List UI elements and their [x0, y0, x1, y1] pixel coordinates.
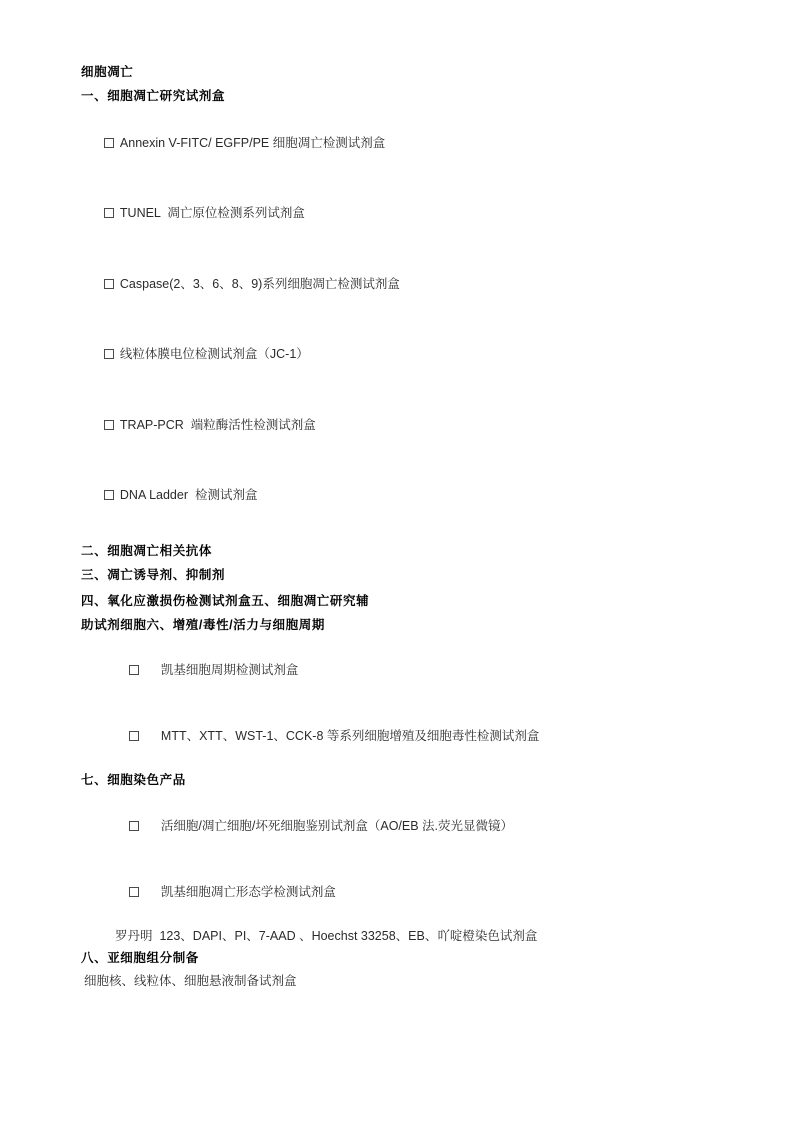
- checkbox-icon: [129, 887, 139, 897]
- checkbox-icon: [104, 138, 114, 148]
- section3-heading: 三、凋亡诱导剂、抑制剂: [81, 564, 751, 588]
- checkbox-icon: [104, 349, 114, 359]
- checklist-item-label: 凯基细胞周期检测试剂盒: [161, 663, 299, 677]
- checklist-item-label: Caspase(2、3、6、8、9)系列细胞凋亡检测试剂盒: [120, 277, 400, 291]
- checklist-item: 凯基细胞周期检测试剂盒: [115, 637, 751, 703]
- section2-heading: 二、细胞凋亡相关抗体: [81, 540, 751, 564]
- checkbox-icon: [129, 665, 139, 675]
- checkbox-icon: [129, 821, 139, 831]
- checkbox-icon: [104, 420, 114, 430]
- checklist-item: MTT、XTT、WST-1、CCK-8 等系列细胞增殖及细胞毒性检测试剂盒: [115, 703, 751, 769]
- checklist-item-label: 凯基细胞凋亡形态学检测试剂盒: [161, 885, 336, 899]
- checklist-item: Caspase(2、3、6、8、9)系列细胞凋亡检测试剂盒: [90, 249, 751, 320]
- checklist-item-label: TRAP-PCR 端粒酶活性检测试剂盒: [120, 418, 316, 432]
- checkbox-icon: [104, 279, 114, 289]
- document-page: 细胞凋亡 一、细胞凋亡研究试剂盒 Annexin V-FITC/ EGFP/PE…: [0, 0, 806, 1134]
- document-title: 细胞凋亡: [81, 61, 751, 85]
- checklist-item: 活细胞/凋亡细胞/坏死细胞鉴别试剂盒（AO/EB 法.荧光显微镜）: [115, 793, 751, 859]
- checklist-item-label: 活细胞/凋亡细胞/坏死细胞鉴别试剂盒（AO/EB 法.荧光显微镜）: [161, 819, 513, 833]
- section8-heading: 八、亚细胞组分制备: [81, 947, 751, 971]
- checklist-item: 线粒体膜电位检测试剂盒（JC-1）: [90, 320, 751, 391]
- checklist-item-label: MTT、XTT、WST-1、CCK-8 等系列细胞增殖及细胞毒性检测试剂盒: [161, 729, 539, 743]
- checklist-item: 凯基细胞凋亡形态学检测试剂盒: [115, 859, 751, 925]
- section1-heading: 一、细胞凋亡研究试剂盒: [81, 85, 751, 109]
- checklist-item: Annexin V-FITC/ EGFP/PE 细胞凋亡检测试剂盒: [90, 108, 751, 179]
- checklist-item: TRAP-PCR 端粒酶活性检测试剂盒: [90, 390, 751, 461]
- checklist-item-label: Annexin V-FITC/ EGFP/PE 细胞凋亡检测试剂盒: [120, 136, 385, 150]
- section4-5-heading-line1: 四、氧化应激损伤检测试剂盒五、细胞凋亡研究辅: [81, 590, 751, 614]
- section4-5-heading-line2: 助试剂细胞六、增殖/毒性/活力与细胞周期: [81, 614, 751, 638]
- checklist-item-label: DNA Ladder 检测试剂盒: [120, 488, 258, 502]
- section7-note: 罗丹明 123、DAPI、PI、7-AAD 、Hoechst 33258、EB、…: [115, 925, 751, 947]
- checklist-item: TUNEL 凋亡原位检测系列试剂盒: [90, 179, 751, 250]
- checklist-item-label: 线粒体膜电位检测试剂盒（JC-1）: [120, 347, 309, 361]
- section8-note: 细胞核、线粒体、细胞悬液制备试剂盒: [84, 970, 751, 994]
- section7-heading: 七、细胞染色产品: [81, 769, 751, 793]
- checkbox-icon: [129, 731, 139, 741]
- checklist-item: DNA Ladder 检测试剂盒: [90, 461, 751, 532]
- checkbox-icon: [104, 208, 114, 218]
- checklist-item-label: TUNEL 凋亡原位检测系列试剂盒: [120, 206, 305, 220]
- checkbox-icon: [104, 490, 114, 500]
